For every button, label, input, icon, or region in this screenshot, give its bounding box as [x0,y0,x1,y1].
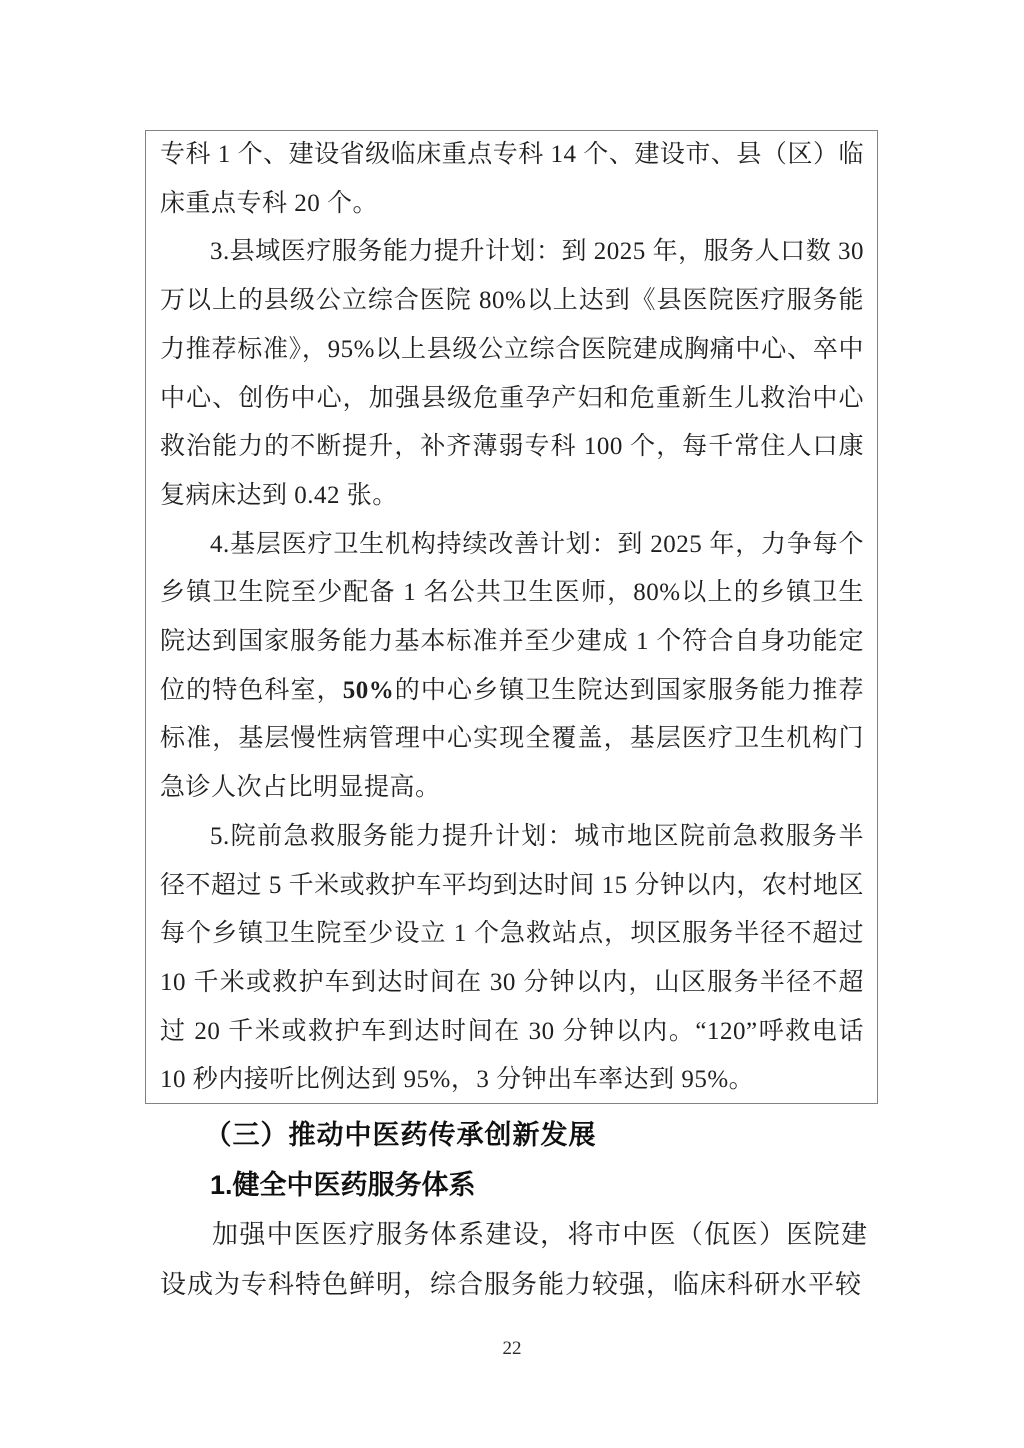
bold-text-run: 50% [343,677,395,704]
paragraph: 3.县域医疗服务能力提升计划：到 2025 年，服务人口数 30 万以上的县级公… [160,228,864,520]
section-heading: （三）推动中医药传承创新发展 [160,1110,868,1160]
text-run: 专科 1 个、建设省级临床重点专科 14 个、建设市、县（区）临床重点专科 20… [160,141,864,217]
text-run: 5.院前急救服务能力提升计划：城市地区院前急救服务半径不超过 5 千米或救护车平… [160,823,864,1094]
subsection-heading: 1.健全中医药服务体系 [160,1160,868,1210]
lower-section: （三）推动中医药传承创新发展 1.健全中医药服务体系 加强中医医疗服务体系建设，… [160,1110,868,1310]
page-number: 22 [0,1338,1024,1360]
paragraph: 5.院前急救服务能力提升计划：城市地区院前急救服务半径不超过 5 千米或救护车平… [160,813,864,1104]
document-page: 专科 1 个、建设省级临床重点专科 14 个、建设市、县（区）临床重点专科 20… [0,0,1024,1448]
boxed-text-section: 专科 1 个、建设省级临床重点专科 14 个、建设市、县（区）临床重点专科 20… [145,130,878,1104]
body-paragraph: 加强中医医疗服务体系建设，将市中医（佤医）医院建设成为专科特色鲜明，综合服务能力… [160,1210,868,1310]
text-run: 3.县域医疗服务能力提升计划：到 2025 年，服务人口数 30 万以上的县级公… [160,238,864,509]
paragraph: 4.基层医疗卫生机构持续改善计划：到 2025 年，力争每个乡镇卫生院至少配备 … [160,521,864,813]
paragraph: 专科 1 个、建设省级临床重点专科 14 个、建设市、县（区）临床重点专科 20… [160,131,864,228]
